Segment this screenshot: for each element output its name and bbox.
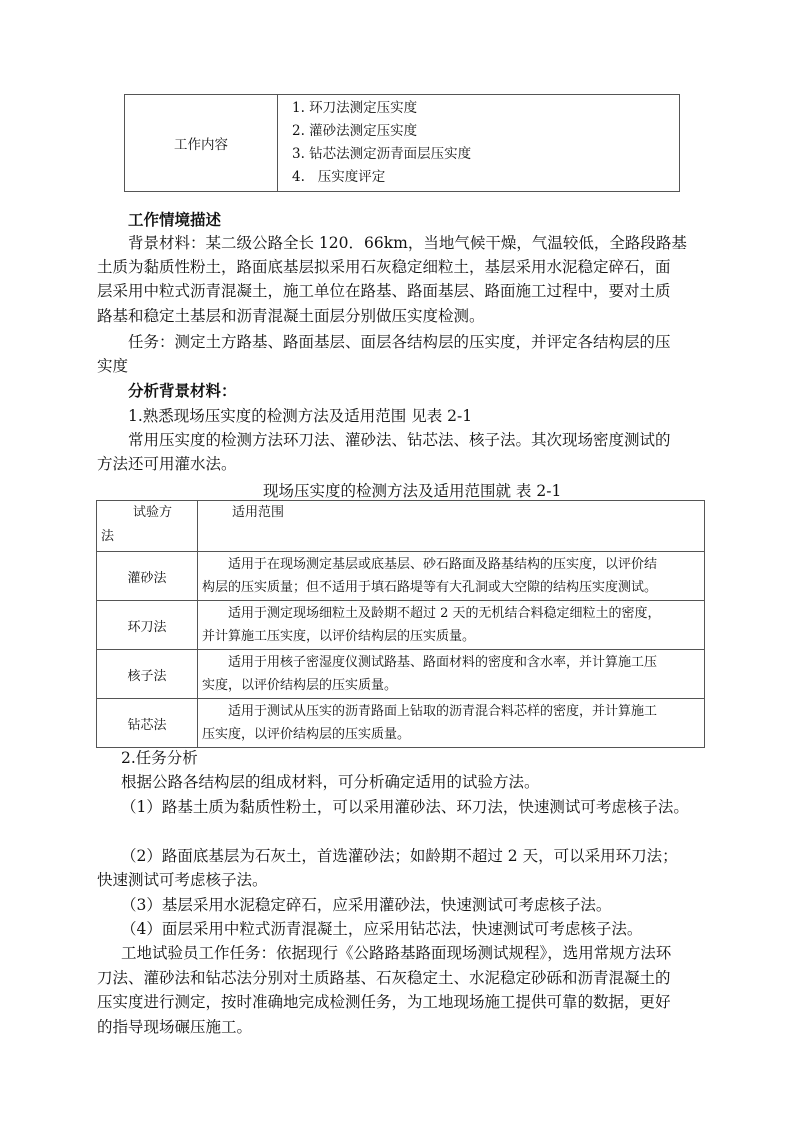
- row-scope: 适用于测定现场细粒土及龄期不超过 2 天的无机结合料稳定细粒土的密度， 并计算施…: [198, 601, 705, 650]
- worker-task-line: 工地试验员工作任务：依据现行《公路路基路面现场测试规程》，选用常规方法环: [121, 941, 671, 965]
- row-method: 核子法: [97, 650, 198, 699]
- work-content-item: 1. 环刀法测定压实度: [292, 97, 679, 120]
- work-content-item: 3. 钻芯法测定沥青面层压实度: [292, 143, 679, 166]
- methods-paragraph: 常用压实度的检测方法环刀法、灌砂法、钻芯法、核子法。其次现场密度测试的: [128, 428, 671, 452]
- worker-task-line: 的指导现场碾压施工。: [97, 1015, 671, 1039]
- methods-paragraph-cont: 方法还可用灌水法。: [97, 452, 237, 476]
- background-line: 土质为黏质性粉土，路面底基层拟采用石灰稳定细粒土，基层采用水泥稳定碎石，面: [97, 255, 671, 279]
- table-row: 钻芯法 适用于测试从压实的沥青路面上钻取的沥青混合料芯样的密度，并计算施工 压实…: [97, 699, 705, 748]
- background-paragraph: 背景材料：某二级公路全长 120．66km，当地气候干燥，气温较低，全路段路基: [128, 231, 687, 255]
- worker-task-paragraph-cont: 刀法、灌砂法和钻芯法分别对土质路基、石灰稳定土、水泥稳定砂砾和沥青混凝土的 压实…: [97, 966, 671, 1039]
- row-method: 灌砂法: [97, 552, 198, 601]
- work-content-item: 2. 灌砂法测定压实度: [292, 120, 679, 143]
- row-scope: 适用于用核子密湿度仪测试路基、路面材料的密度和含水率，并计算施工压 实度，以评价…: [198, 650, 705, 699]
- analysis-point-1: 1.熟悉现场压实度的检测方法及适用范围 见表 2-1: [128, 404, 472, 428]
- row-method: 钻芯法: [97, 699, 198, 748]
- background-paragraph-cont: 土质为黏质性粉土，路面底基层拟采用石灰稳定细粒土，基层采用水泥稳定碎石，面 层采…: [97, 255, 671, 328]
- work-content-label: 工作内容: [125, 95, 278, 192]
- task-analysis-item-4: （4）面层采用中粒式沥青混凝土，应采用钻芯法，快速测试可考虑核子法。: [121, 917, 642, 941]
- task-line: 实度: [97, 354, 128, 378]
- task-analysis-item-3: （3）基层采用水泥稳定碎石，应采用灌砂法，快速测试可考虑核子法。: [121, 893, 611, 917]
- methods-table-caption: 现场压实度的检测方法及适用范围就 表 2-1: [263, 479, 561, 501]
- task-paragraph: 任务：测定土方路基、路面基层、面层各结构层的压实度，并评定各结构层的压: [128, 330, 671, 354]
- header-scope: 适用范围: [198, 501, 705, 552]
- task-line: 任务：测定土方路基、路面基层、面层各结构层的压实度，并评定各结构层的压: [128, 330, 671, 354]
- document-page: 工作内容 1. 环刀法测定压实度 2. 灌砂法测定压实度 3. 钻芯法测定沥青面…: [0, 0, 800, 1131]
- row-scope: 适用于在现场测定基层或底基层、砂石路面及路基结构的压实度，以评价结 构层的压实质…: [198, 552, 705, 601]
- task-analysis-item-2: （2）路面底基层为石灰土，首选灌砂法；如龄期不超过 2 天，可以采用环刀法；: [121, 844, 678, 868]
- work-content-item: 4. 压实度评定: [292, 166, 679, 189]
- methods-line: 方法还可用灌水法。: [97, 452, 237, 476]
- background-line: 背景材料：某二级公路全长 120．66km，当地气候干燥，气温较低，全路段路基: [128, 231, 687, 255]
- analysis-heading: 分析背景材料：: [128, 379, 237, 403]
- worker-task-line: 压实度进行测定，按时准确地完成检测任务，为工地现场施工提供可靠的数据，更好: [97, 990, 671, 1014]
- task-analysis-intro: 根据公路各结构层的组成材料，可分析确定适用的试验方法。: [121, 770, 540, 794]
- table-row: 核子法 适用于用核子密湿度仪测试路基、路面材料的密度和含水率，并计算施工压 实度…: [97, 650, 705, 699]
- worker-task-paragraph: 工地试验员工作任务：依据现行《公路路基路面现场测试规程》，选用常规方法环: [121, 941, 671, 965]
- work-content-items: 1. 环刀法测定压实度 2. 灌砂法测定压实度 3. 钻芯法测定沥青面层压实度 …: [278, 95, 680, 192]
- header-method: 试验方 法: [97, 501, 198, 552]
- task-paragraph-cont: 实度: [97, 354, 128, 378]
- worker-task-line: 刀法、灌砂法和钻芯法分别对土质路基、石灰稳定土、水泥稳定砂砾和沥青混凝土的: [97, 966, 671, 990]
- table-header-row: 试验方 法 适用范围: [97, 501, 705, 552]
- scenario-heading: 工作情境描述: [128, 208, 221, 232]
- task-analysis-heading: 2.任务分析: [121, 746, 198, 770]
- methods-line: 常用压实度的检测方法环刀法、灌砂法、钻芯法、核子法。其次现场密度测试的: [128, 428, 671, 452]
- background-line: 路基和稳定土基层和沥青混凝土面层分别做压实度检测。: [97, 304, 671, 328]
- row-method: 环刀法: [97, 601, 198, 650]
- table-row: 环刀法 适用于测定现场细粒土及龄期不超过 2 天的无机结合料稳定细粒土的密度， …: [97, 601, 705, 650]
- background-line: 层采用中粒式沥青混凝土，施工单位在路基、路面基层、路面施工过程中，要对土质: [97, 279, 671, 303]
- methods-table: 试验方 法 适用范围 灌砂法 适用于在现场测定基层或底基层、砂石路面及路基结构的…: [96, 500, 705, 748]
- table-row: 灌砂法 适用于在现场测定基层或底基层、砂石路面及路基结构的压实度，以评价结 构层…: [97, 552, 705, 601]
- task-analysis-item-2-cont: 快速测试可考虑核子法。: [97, 868, 268, 892]
- work-content-table: 工作内容 1. 环刀法测定压实度 2. 灌砂法测定压实度 3. 钻芯法测定沥青面…: [124, 94, 680, 192]
- task-analysis-item-1: （1）路基土质为黏质性粉土，可以采用灌砂法、环刀法，快速测试可考虑核子法。: [121, 795, 689, 819]
- row-scope: 适用于测试从压实的沥青路面上钻取的沥青混合料芯样的密度，并计算施工 压实度，以评…: [198, 699, 705, 748]
